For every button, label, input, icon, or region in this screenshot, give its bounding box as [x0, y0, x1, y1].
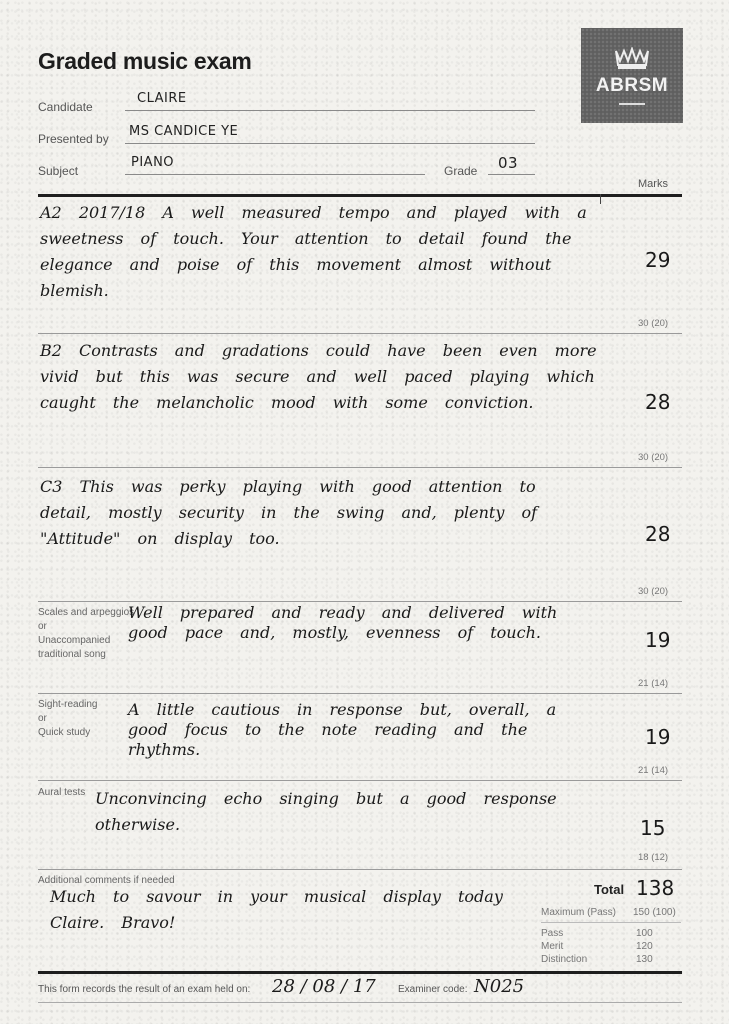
- distinction-value: 130: [636, 954, 653, 965]
- section-divider: [38, 333, 682, 334]
- held-on-label: This form records the result of an exam …: [38, 984, 250, 995]
- aural-tests-label: Aural tests: [38, 786, 85, 800]
- section-max: 30 (20): [638, 318, 668, 329]
- examiner-label: Examiner code:: [398, 984, 467, 995]
- candidate-value: CLAIRE: [137, 91, 187, 106]
- merit-value: 120: [636, 941, 653, 952]
- subject-field[interactable]: PIANO: [125, 152, 425, 175]
- presented-by-label: Presented by: [38, 132, 109, 146]
- section-divider: [38, 780, 682, 781]
- marks-header: Marks: [638, 178, 668, 190]
- bottom-rule: [38, 971, 682, 974]
- footer-rule: [38, 1002, 682, 1003]
- section-comment: A little cautious in response but, overa…: [128, 700, 598, 760]
- crown-icon: [612, 47, 652, 71]
- distinction-label: Distinction: [541, 954, 587, 965]
- candidate-field[interactable]: CLAIRE: [125, 88, 535, 111]
- maximum-value: 150 (100): [633, 907, 676, 918]
- scales-label: Scales and arpeggios or Unaccompanied tr…: [38, 606, 134, 662]
- pass-label: Pass: [541, 928, 563, 939]
- section-mark: 15: [640, 816, 665, 840]
- examiner-value: N025: [474, 976, 524, 997]
- section-comment: Well prepared and ready and delivered wi…: [128, 603, 598, 643]
- total-label: Total: [594, 882, 624, 897]
- section-max: 18 (12): [638, 852, 668, 863]
- held-on-value: 28 / 08 / 17: [272, 976, 376, 997]
- section-max: 21 (14): [638, 765, 668, 776]
- subject-value: PIANO: [131, 155, 174, 170]
- section-mark: 19: [645, 628, 670, 652]
- grade-field[interactable]: 03: [488, 152, 535, 175]
- presented-by-value: MS CANDICE YE: [129, 124, 238, 139]
- top-rule: [38, 194, 682, 197]
- candidate-label: Candidate: [38, 100, 93, 114]
- section-mark: 28: [645, 390, 670, 414]
- totals-divider: [541, 922, 681, 923]
- subject-label: Subject: [38, 164, 78, 178]
- pass-value: 100: [636, 928, 653, 939]
- maximum-label: Maximum (Pass): [541, 907, 616, 918]
- sight-reading-label: Sight-reading or Quick study: [38, 698, 97, 740]
- section-comment: C3 This was perky playing with good atte…: [40, 474, 600, 552]
- section-max: 21 (14): [638, 678, 668, 689]
- additional-comment: Much to savour in your musical display t…: [50, 884, 520, 936]
- section-comment: Unconvincing echo singing but a good res…: [95, 786, 595, 838]
- merit-label: Merit: [541, 941, 563, 952]
- section-mark: 19: [645, 725, 670, 749]
- section-divider: [38, 467, 682, 468]
- section-divider: [38, 693, 682, 694]
- grade-label: Grade: [444, 164, 477, 178]
- abrsm-logo: ABRSM: [581, 28, 683, 123]
- logo-bar: [619, 103, 645, 105]
- presented-by-field[interactable]: MS CANDICE YE: [125, 121, 535, 144]
- total-value: 138: [636, 876, 674, 900]
- section-divider: [38, 869, 682, 870]
- logo-text: ABRSM: [596, 75, 668, 97]
- marks-divider: [600, 194, 601, 204]
- section-max: 30 (20): [638, 452, 668, 463]
- grade-value: 03: [498, 154, 518, 172]
- section-comment: B2 Contrasts and gradations could have b…: [40, 338, 600, 416]
- section-max: 30 (20): [638, 586, 668, 597]
- section-comment: A2 2017/18 A well measured tempo and pla…: [40, 200, 600, 304]
- section-divider: [38, 601, 682, 602]
- page-title: Graded music exam: [38, 48, 252, 75]
- section-mark: 28: [645, 522, 670, 546]
- section-mark: 29: [645, 248, 670, 272]
